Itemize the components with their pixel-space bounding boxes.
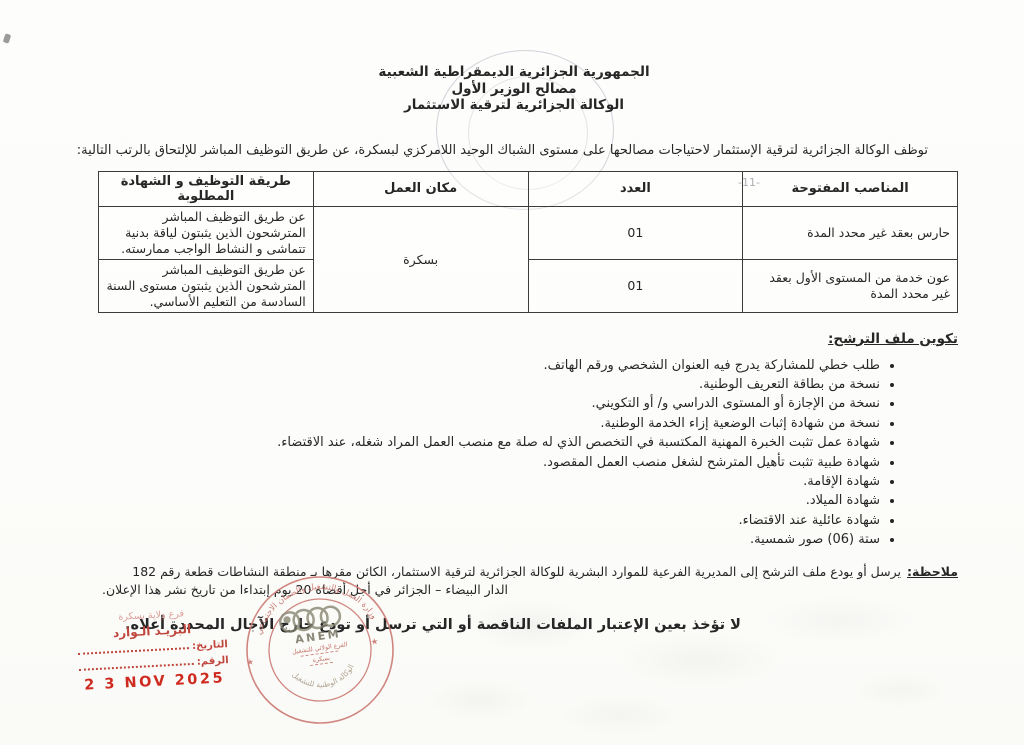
header-ministry-line: مصالح الوزير الأول: [70, 81, 958, 98]
th-method: طريقة التوظيف و الشهادة المطلوبة: [99, 171, 314, 206]
list-item: ستة (06) صور شمسية.: [70, 530, 880, 549]
list-item: نسخة من الإجازة أو المستوى الدراسي و/ أو…: [70, 394, 880, 413]
scanned-document-page: -11- الجمهورية الجزائرية الديمقراطية الش…: [0, 0, 1024, 745]
page-number-mark: -11-: [738, 176, 760, 189]
intro-paragraph: توظف الوكالة الجزائرية لترقية الإستثمار …: [70, 142, 958, 159]
number-label: الرقم:: [197, 655, 229, 668]
header-agency-line: الوكالة الجزائرية لترقية الاستثمار: [70, 97, 958, 114]
table-row: عون خدمة من المستوى الأول بعقد غير محدد …: [99, 259, 958, 312]
date-stamp-value: 2 3 NOV 2025: [79, 670, 230, 694]
table-row: حارس بعقد غير محدد المدة 01 بسكرة عن طري…: [99, 206, 958, 259]
list-item: شهادة طبية تثبت تأهيل المترشح لشغل منصب …: [70, 453, 880, 472]
th-count: العدد: [528, 171, 743, 206]
th-open-positions: المناصب المفتوحة: [743, 171, 958, 206]
candidacy-file-list: طلب خطي للمشاركة يدرج فيه العنوان الشخصي…: [70, 356, 896, 550]
list-item: شهادة عائلية عند الاقتضاء.: [70, 511, 880, 530]
positions-table: المناصب المفتوحة العدد مكان العمل طريقة …: [98, 171, 958, 313]
list-item: شهادة عمل تثبت الخبرة المهنية المكتسبة ف…: [70, 433, 880, 452]
cell-method-guard: عن طريق التوظيف المباشر المترشحون الذين …: [99, 206, 314, 259]
cell-position-agent: عون خدمة من المستوى الأول بعقد غير محدد …: [743, 259, 958, 312]
dotted-line: [78, 655, 194, 671]
note-line-1: يرسل أو يودع ملف الترشح إلى المديرية الف…: [132, 564, 901, 579]
inbox-stamp: فرع ولاية بسكرة البريـد الـوارد التاريخ:…: [76, 606, 230, 694]
cell-position-guard: حارس بعقد غير محدد المدة: [743, 206, 958, 259]
anem-stamp: وزارة العمل والتشغيل والضمان الاجتماعي ★…: [232, 562, 408, 738]
cell-method-agent: عن طريق التوظيف المباشر المترشحون الذين …: [99, 259, 314, 312]
star-icon: ★: [370, 637, 379, 648]
list-item: طلب خطي للمشاركة يدرج فيه العنوان الشخصي…: [70, 356, 880, 375]
anem-seal: وزارة العمل والتشغيل والضمان الاجتماعي ★…: [232, 562, 408, 738]
anem-city-line: بسكرة: [312, 655, 330, 664]
star-icon: ★: [246, 657, 255, 668]
cell-location: بسكرة: [313, 206, 528, 312]
file-section-title: تكوين ملف الترشح:: [70, 331, 958, 347]
note-label: ملاحظة:: [907, 564, 958, 579]
dotted-line: [78, 639, 190, 655]
header-republic-line: الجمهورية الجزائرية الديمقراطية الشعبية: [70, 64, 958, 81]
th-location: مكان العمل: [313, 171, 528, 206]
list-item: شهادة الإقامة.: [70, 472, 880, 491]
list-item: نسخة من شهادة إثبات الوضعية إزاء الخدمة …: [70, 414, 880, 433]
cell-count-agent: 01: [528, 259, 743, 312]
note-paragraph: ملاحظة:يرسل أو يودع ملف الترشح إلى المدي…: [70, 563, 958, 599]
table-header-row: المناصب المفتوحة العدد مكان العمل طريقة …: [99, 171, 958, 206]
list-item: نسخة من بطاقة التعريف الوطنية.: [70, 375, 880, 394]
agency-arc-text: الوكالة الوطنية للتشغيل: [290, 662, 359, 694]
list-item: شهادة الميلاد.: [70, 491, 880, 510]
cell-count-guard: 01: [528, 206, 743, 259]
document-header: الجمهورية الجزائرية الديمقراطية الشعبية …: [70, 64, 958, 114]
document-content: الجمهورية الجزائرية الديمقراطية الشعبية …: [0, 0, 1024, 633]
date-label: التاريخ:: [192, 639, 228, 652]
